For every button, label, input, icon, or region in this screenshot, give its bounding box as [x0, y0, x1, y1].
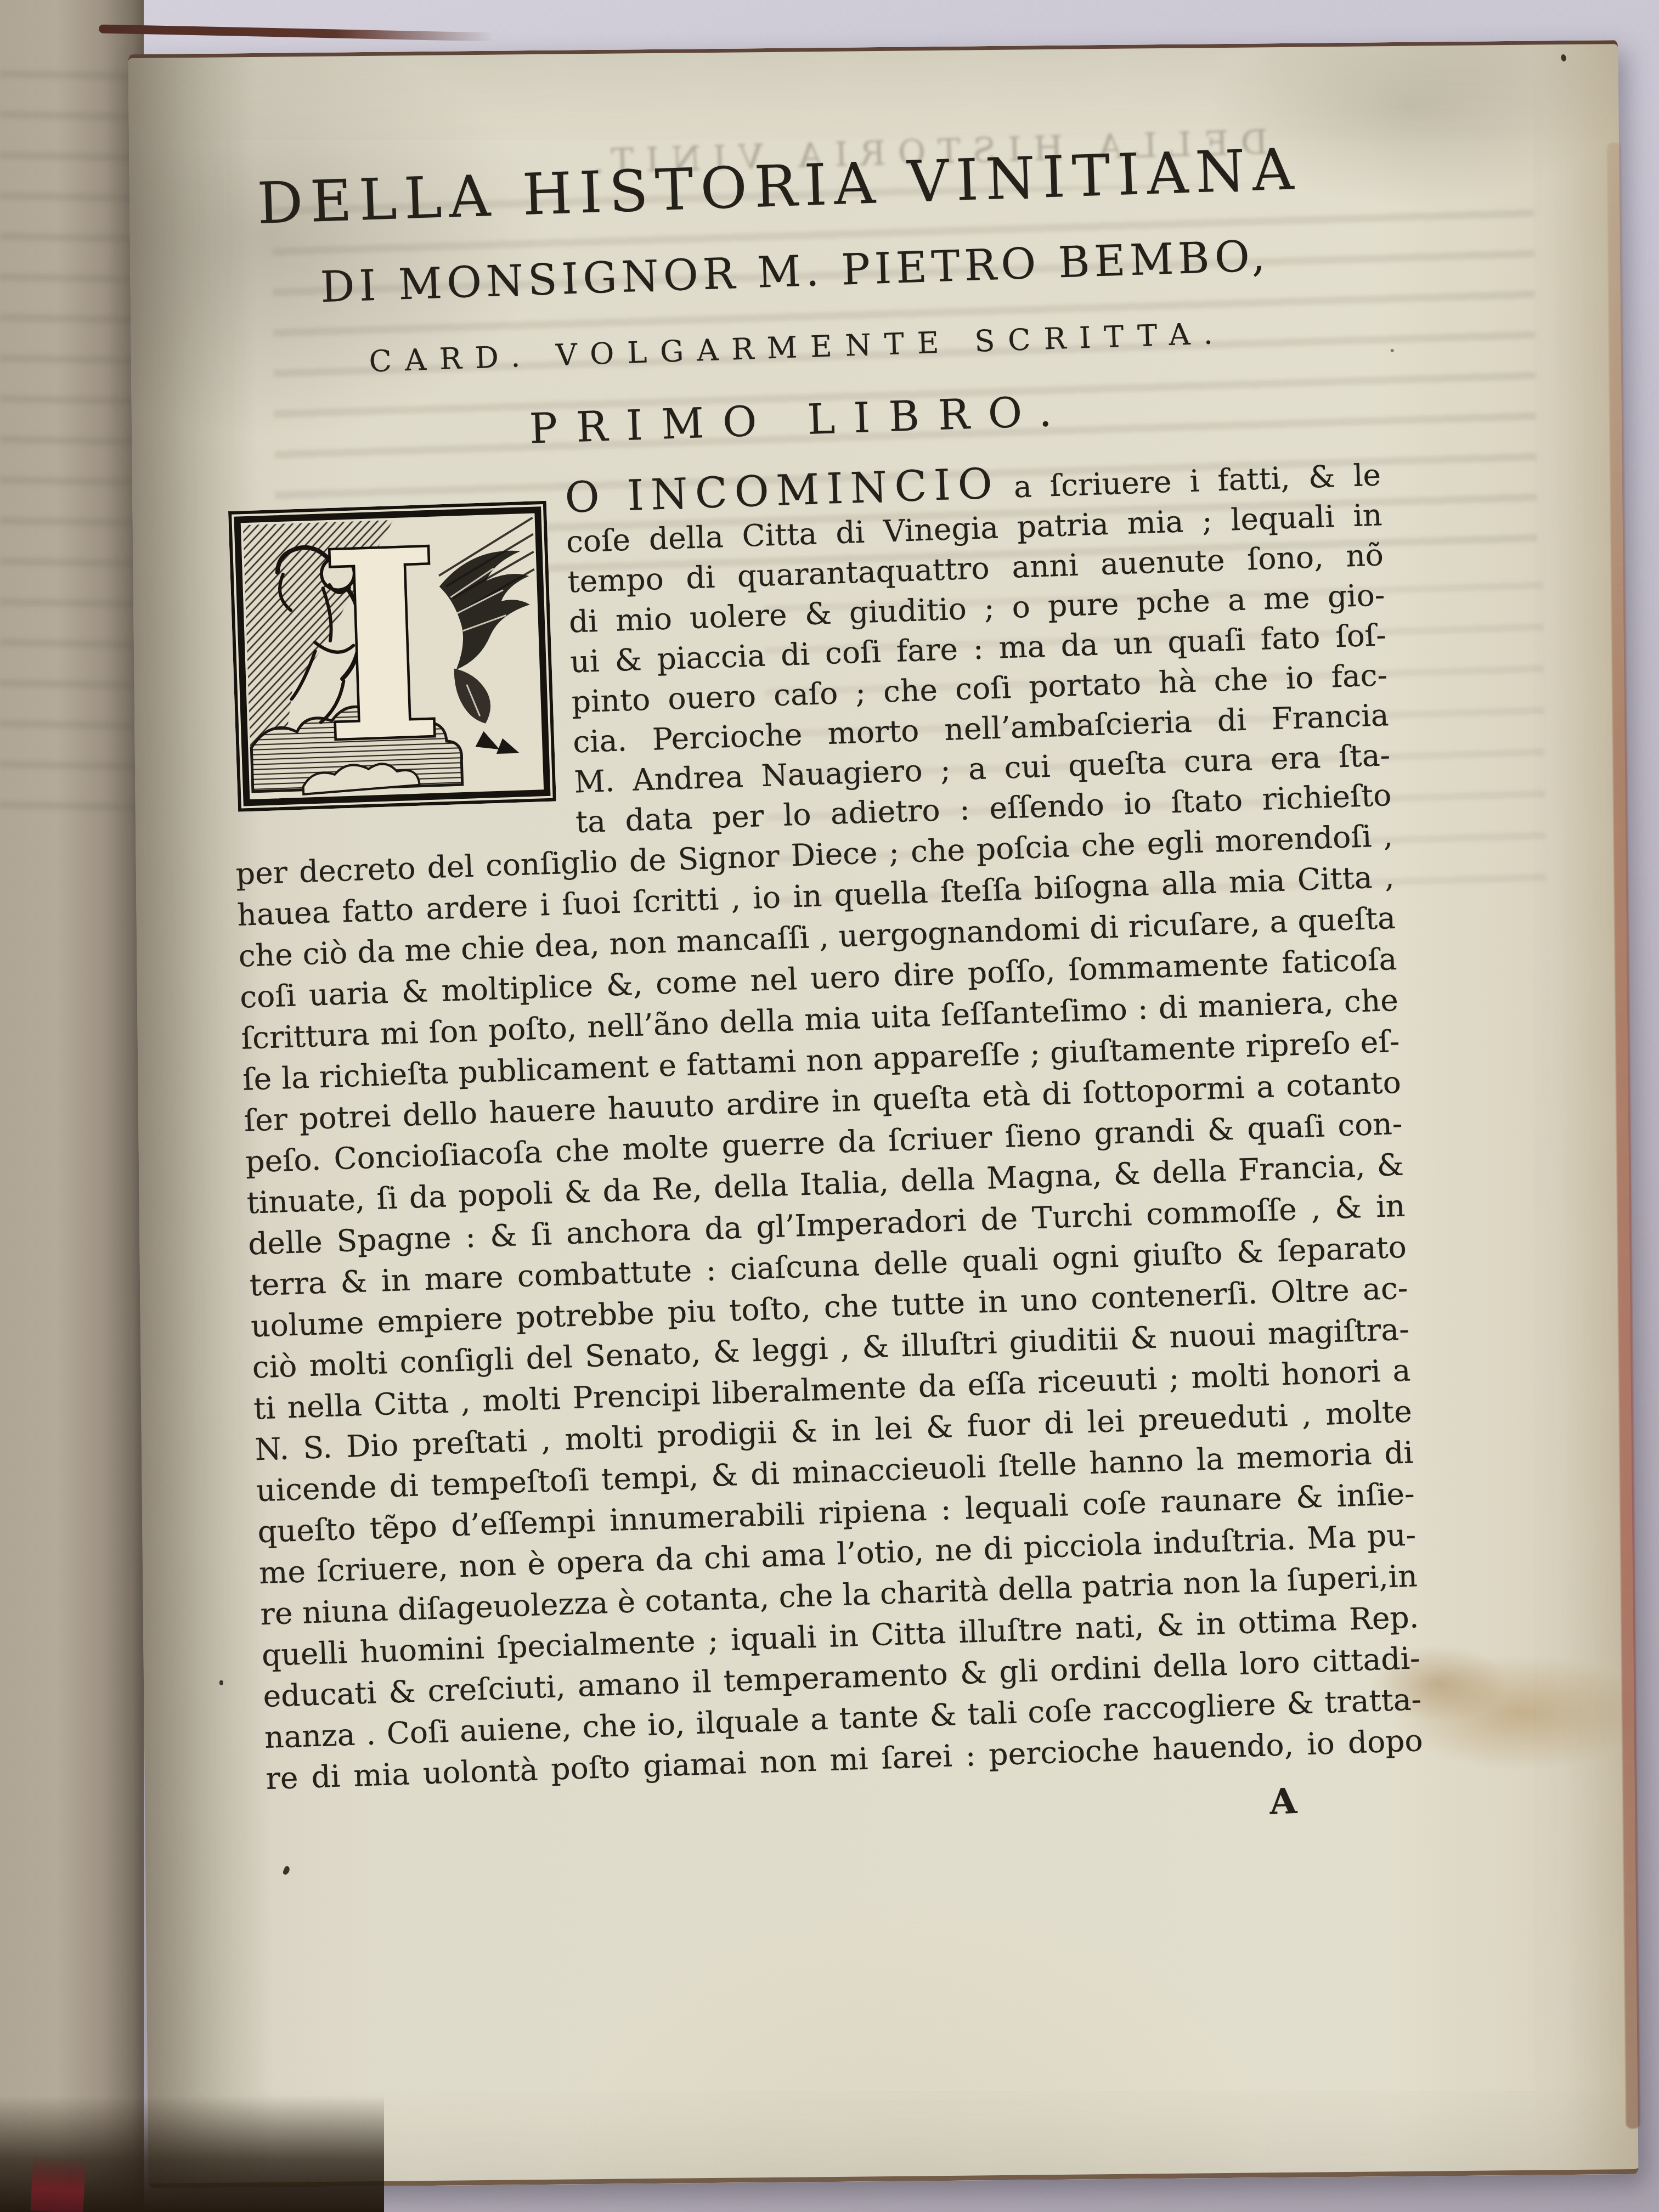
signature-mark: A: [1261, 1780, 1306, 1823]
facing-page: [0, 0, 144, 2212]
red-fore-edge: [1607, 143, 1640, 2129]
ink-speck: [282, 1865, 291, 1876]
text-block: DELLA HISTORIA VINITIANA DI MONSIGNOR M.…: [212, 133, 1425, 1856]
cover-edge: [99, 24, 494, 41]
title-line-3: CARD. VOLGARMENTE SCRITTA.: [218, 312, 1376, 383]
red-spine-edge: [30, 2155, 86, 2212]
woodcut-initial-I: I: [228, 500, 556, 811]
drop-cap-letter: I: [317, 500, 447, 799]
book-heading: PRIMO LIBRO.: [221, 377, 1379, 462]
ink-speck: [1391, 349, 1394, 352]
indented-lines: coſe della Citta di Vinegia patria mia ;…: [566, 495, 1392, 842]
opening-paragraph: I: [223, 448, 1392, 854]
paper-flaw: [1560, 54, 1567, 62]
title-line-2: DI MONSIGNOR M. PIETRO BEMBO,: [216, 229, 1374, 315]
full-width-lines: per decreto del conſiglio de Signor Diec…: [235, 815, 1424, 1799]
photograph-of-open-book: DELLA HISTORIA VINIT. DELLA HISTORIA VIN…: [0, 0, 1659, 2212]
indented-column: O INCOMINCIO a ſcriuere i fatti, & le co…: [564, 448, 1392, 842]
book-page: DELLA HISTORIA VINIT. DELLA HISTORIA VIN…: [128, 40, 1638, 2188]
ink-speck: [219, 1680, 223, 1685]
